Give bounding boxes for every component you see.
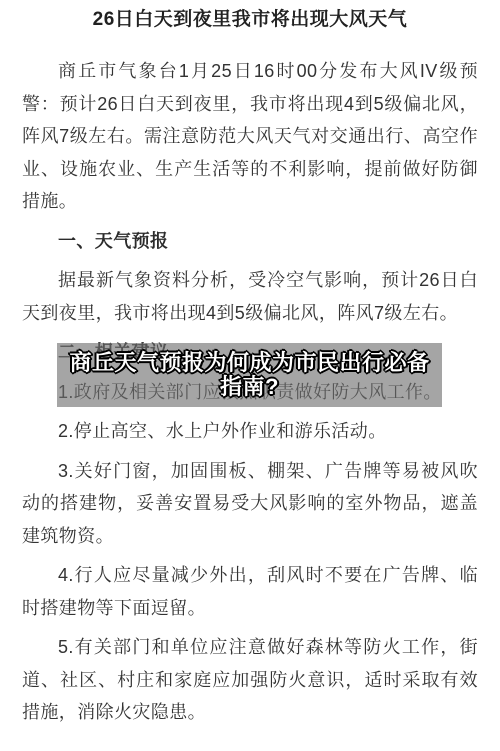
caption-line-2: 指南?: [220, 375, 279, 399]
section-1-paragraph: 据最新气象资料分析，受冷空气影响，预计26日白天到夜里，我市将出现4到5级偏北风…: [22, 264, 478, 329]
recommendation-item-5: 5.有关部门和单位应注意做好森林等防火工作，街道、社区、村庄和家庭应加强防火意识…: [22, 631, 478, 729]
recommendation-item-4: 4.行人应尽量减少外出，刮风时不要在广告牌、临时搭建物等下面逗留。: [22, 559, 478, 624]
article-title: 26日白天到夜里我市将出现大风天气: [22, 7, 478, 33]
video-caption-overlay: 商丘天气预报为何成为市民出行必备 指南?: [57, 343, 442, 407]
recommendation-item-2: 2.停止高空、水上户外作业和游乐活动。: [22, 415, 478, 448]
section-1-heading: 一、天气预报: [22, 225, 478, 258]
recommendation-item-3: 3.关好门窗，加固围板、棚架、广告牌等易被风吹动的搭建物，妥善安置易受大风影响的…: [22, 455, 478, 553]
intro-paragraph: 商丘市气象台1月25日16时00分发布大风IV级预警：预计26日白天到夜里，我市…: [22, 55, 478, 218]
caption-line-1: 商丘天气预报为何成为市民出行必备: [69, 351, 429, 375]
article-screen: { "article": { "title": "26日白天到夜里我市将出现大风…: [0, 0, 500, 751]
